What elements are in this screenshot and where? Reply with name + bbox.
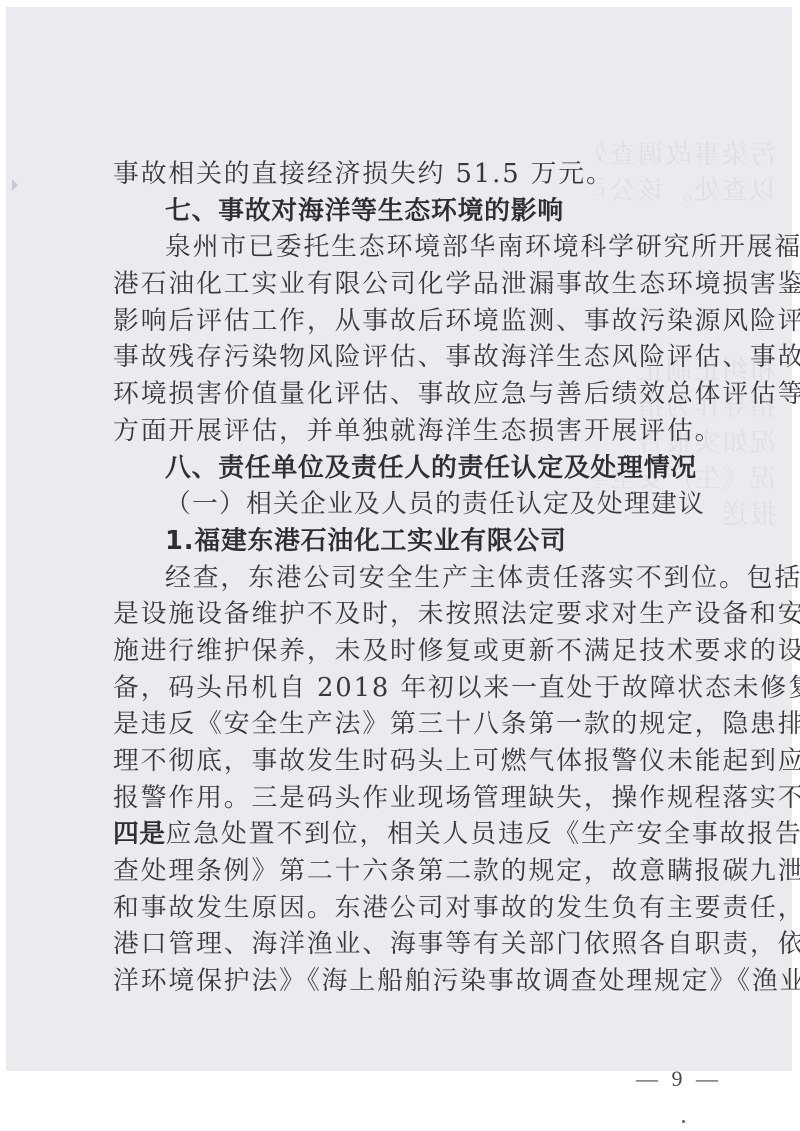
text-span: 应急处置不到位，相关人员违反《生产安全事故报告和调 [166, 819, 800, 849]
text-line: 四是应急处置不到位，相关人员违反《生产安全事故报告和调 [113, 816, 713, 853]
text-line: 方面开展评估，并单独就海洋生态损害开展评估。 [113, 413, 713, 450]
section-heading-8: 八、责任单位及责任人的责任认定及处理情况 [113, 450, 713, 487]
text-line: 泉州市已委托生态环境部华南环境科学研究所开展福建东 [113, 229, 713, 266]
text-line: 是违反《安全生产法》第三十八条第一款的规定，隐患排查治 [113, 706, 713, 743]
text-line: 理不彻底，事故发生时码头上可燃气体报警仪未能起到应有的 [113, 743, 713, 780]
text-line: 和事故发生原因。东港公司对事故的发生负有主要责任，建议 [113, 890, 713, 927]
document-body: 事故相关的直接经济损失约 51.5 万元。 七、事故对海洋等生态环境的影响 泉州… [113, 156, 713, 1000]
binding-margin-mark [12, 179, 18, 191]
section-heading-7: 七、事故对海洋等生态环境的影响 [113, 193, 713, 230]
company-heading: 1.福建东港石油化工实业有限公司 [113, 523, 713, 560]
bold-lead-text: 四是 [113, 819, 166, 849]
text-line: 洋环境保护法》《海上船舶污染事故调查处理规定》《渔业水域 [113, 963, 713, 1000]
subsection-heading-1: （一）相关企业及人员的责任认定及处理建议 [113, 486, 713, 523]
text-line: 施进行维护保养，未及时修复或更新不满足技术要求的设施设 [113, 633, 713, 670]
page-number: — 9 — [636, 1066, 722, 1092]
text-line: 备，码头吊机自 2018 年初以来一直处于故障状态未修复。二 [113, 670, 713, 707]
scan-speck [682, 1120, 685, 1123]
text-line: 环境损害价值量化评估、事故应急与善后绩效总体评估等 6 个 [113, 376, 713, 413]
text-line: 报警作用。三是码头作业现场管理缺失，操作规程落实不到位。 [113, 780, 713, 817]
text-line: 经查，东港公司安全生产主体责任落实不到位。包括：一 [113, 560, 713, 597]
text-line: 港口管理、海洋渔业、海事等有关部门依照各自职责，依据《海 [113, 926, 713, 963]
text-line: 影响后评估工作，从事故后环境监测、事故污染源风险评估、 [113, 303, 713, 340]
text-line: 查处理条例》第二十六条第二款的规定，故意瞒报碳九泄漏量 [113, 853, 713, 890]
text-line: 是设施设备维护不及时，未按照法定要求对生产设备和安全设 [113, 596, 713, 633]
text-line: 事故残存污染物风险评估、事故海洋生态风险评估、事故生产 [113, 339, 713, 376]
text-line: 港石油化工实业有限公司化学品泄漏事故生态环境损害鉴定与 [113, 266, 713, 303]
text-line: 事故相关的直接经济损失约 51.5 万元。 [113, 156, 713, 193]
